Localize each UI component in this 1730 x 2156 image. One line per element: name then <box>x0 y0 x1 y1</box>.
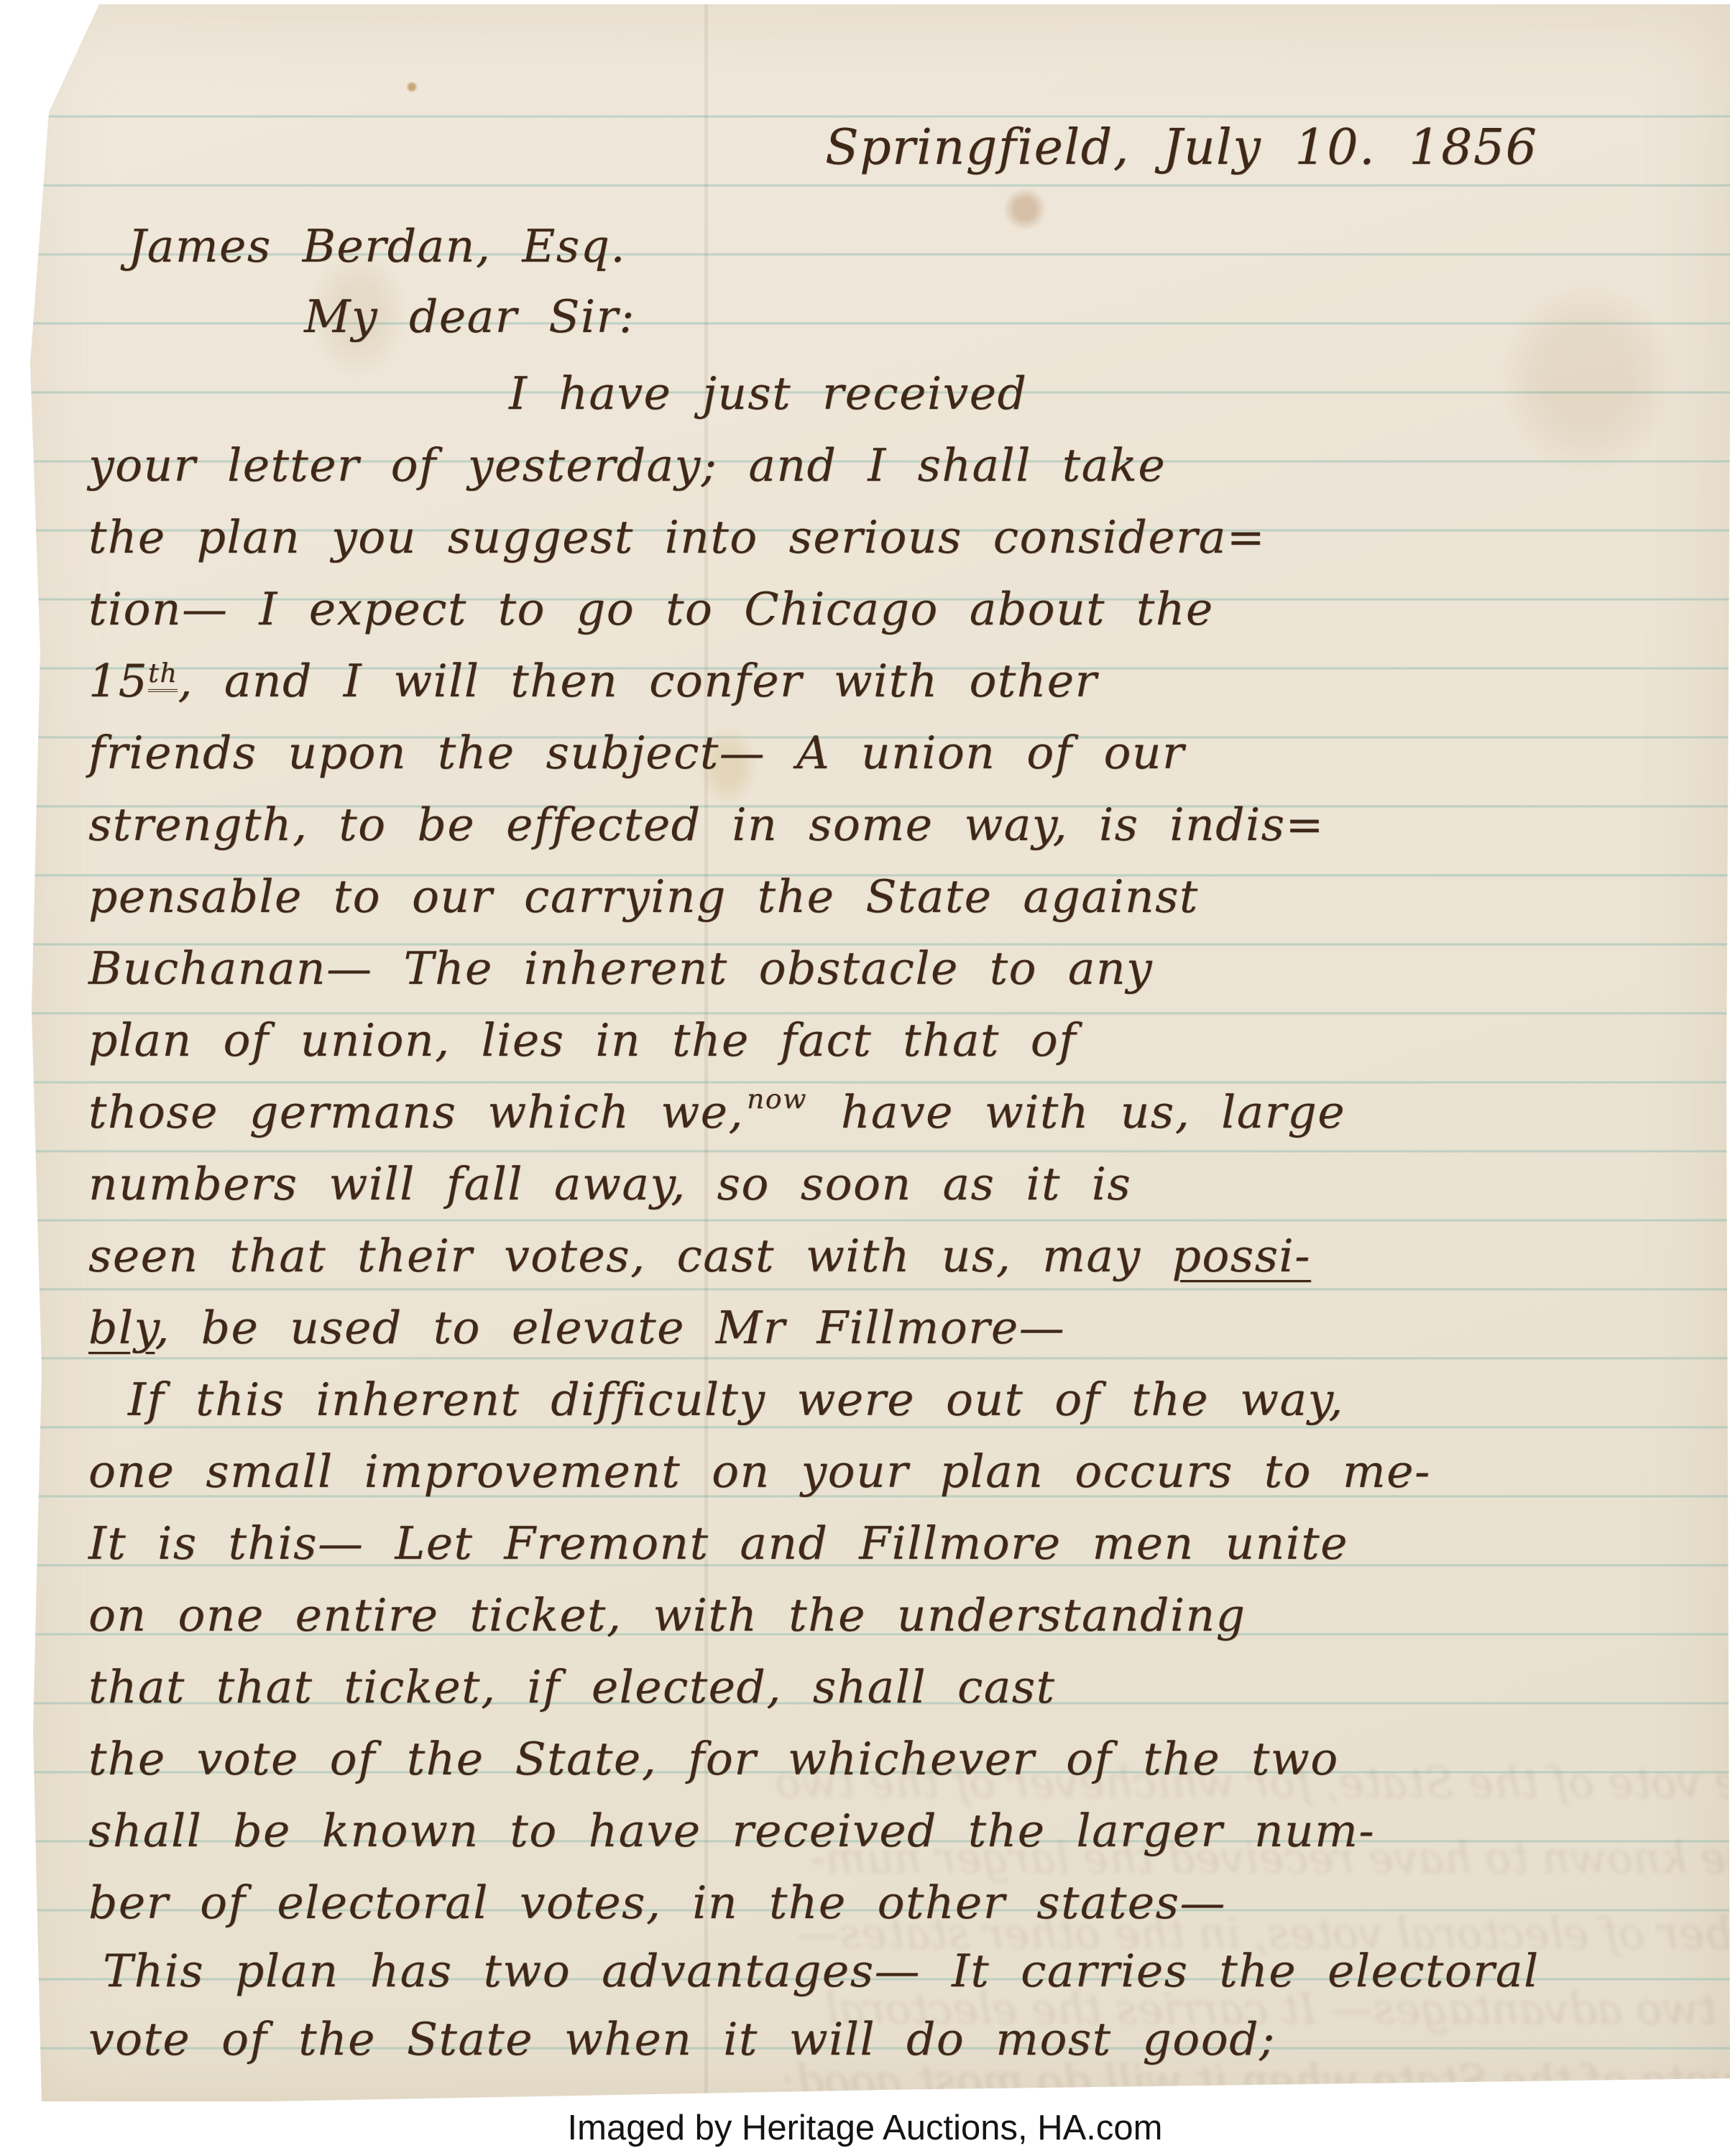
manuscript-line: ber of electoral votes, in the other sta… <box>88 1876 1226 1929</box>
superscript-segment: th <box>148 658 178 692</box>
manuscript-line: those germans which we,now have with us,… <box>88 1086 1345 1138</box>
text-segment: plan of union, lies in the fact that of <box>88 1014 1077 1067</box>
text-segment: seen that their votes, cast with us, may <box>88 1230 1172 1282</box>
text-segment: numbers will fall away, so soon as it is <box>88 1158 1131 1210</box>
text-segment: on one entire ticket, with the understan… <box>88 1589 1246 1641</box>
manuscript-line: plan of union, lies in the fact that of <box>88 1014 1077 1067</box>
text-segment: James Berdan, Esq. <box>128 220 626 272</box>
manuscript-line: I have just received <box>509 367 1027 420</box>
manuscript-line: strength, to be effected in some way, is… <box>88 798 1325 851</box>
manuscript-line: seen that their votes, cast with us, may… <box>88 1230 1311 1282</box>
text-segment: I have just received <box>509 367 1027 420</box>
text-segment: ber of electoral votes, in the other sta… <box>88 1876 1226 1929</box>
manuscript-line: It is this— Let Fremont and Fillmore men… <box>88 1517 1348 1570</box>
text-segment: one small improvement on your plan occur… <box>88 1445 1431 1498</box>
text-segment: those germans which we, <box>88 1086 744 1138</box>
manuscript-line: If this inherent difficulty were out of … <box>128 1373 1344 1426</box>
text-segment: strength, to be effected in some way, is… <box>88 798 1325 851</box>
text-segment: pensable to our carrying the State again… <box>88 870 1199 923</box>
underlined-segment: possi- <box>1172 1230 1311 1282</box>
text-segment: My dear Sir: <box>304 290 635 343</box>
text-segment: If this inherent difficulty were out of … <box>128 1373 1344 1426</box>
manuscript-line: tion— I expect to go to Chicago about th… <box>88 583 1214 635</box>
manuscript-line: vote of the State when it will do most g… <box>88 2013 1276 2065</box>
text-segment: that that ticket, if elected, shall cast <box>88 1661 1055 1713</box>
manuscript-line: the vote of the State, for whichever of … <box>88 1733 1339 1785</box>
text-segment: , be used to elevate Mr Fillmore— <box>155 1302 1065 1354</box>
manuscript-line: one small improvement on your plan occur… <box>88 1445 1431 1498</box>
letter-page: the vote of the State, for whichever of … <box>20 4 1730 2101</box>
manuscript-line: This plan has two advantages— It carries… <box>103 1945 1540 1997</box>
manuscript-line: pensable to our carrying the State again… <box>88 870 1199 923</box>
manuscript-line: that that ticket, if elected, shall cast <box>88 1661 1055 1713</box>
scan-canvas: the vote of the State, for whichever of … <box>0 0 1730 2156</box>
manuscript-line: your letter of yesterday; and I shall ta… <box>88 439 1166 492</box>
manuscript-line: Buchanan— The inherent obstacle to any <box>88 942 1153 995</box>
manuscript-line: My dear Sir: <box>304 290 635 343</box>
manuscript-line: shall be known to have received the larg… <box>88 1805 1375 1857</box>
manuscript-line: on one entire ticket, with the understan… <box>88 1589 1246 1641</box>
manuscript-line: bly, be used to elevate Mr Fillmore— <box>88 1302 1065 1354</box>
text-segment: This plan has two advantages— It carries… <box>103 1945 1540 1997</box>
manuscript-line: Springfield, July 10. 1856 <box>825 119 1537 176</box>
text-segment: have with us, large <box>810 1086 1345 1138</box>
underlined-segment: bly <box>88 1302 155 1354</box>
text-segment: your letter of yesterday; and I shall ta… <box>88 439 1166 492</box>
manuscript-line: numbers will fall away, so soon as it is <box>88 1158 1131 1210</box>
text-segment: friends upon the subject— A union of our <box>88 727 1185 779</box>
text-segment: , and I will then confer with other <box>178 655 1098 707</box>
text-segment: the plan you suggest into serious consid… <box>88 511 1266 563</box>
text-segment: Buchanan— The inherent obstacle to any <box>88 942 1153 995</box>
manuscript-line: the plan you suggest into serious consid… <box>88 511 1266 563</box>
text-segment: It is this— Let Fremont and Fillmore men… <box>88 1517 1348 1570</box>
manuscript-line: 15th, and I will then confer with other <box>88 655 1098 707</box>
text-segment: Springfield, July 10. 1856 <box>825 119 1537 176</box>
text-segment: the vote of the State, for whichever of … <box>88 1733 1339 1785</box>
manuscript-line: friends upon the subject— A union of our <box>88 727 1185 779</box>
ruled-lines <box>20 49 1730 2101</box>
inserted-word: now <box>747 1083 807 1115</box>
text-segment: shall be known to have received the larg… <box>88 1805 1375 1857</box>
text-segment: tion— I expect to go to Chicago about th… <box>88 583 1214 635</box>
credit-caption: Imaged by Heritage Auctions, HA.com <box>0 2103 1730 2156</box>
manuscript-line: James Berdan, Esq. <box>128 220 626 272</box>
text-segment: 15 <box>88 655 148 707</box>
text-segment: vote of the State when it will do most g… <box>88 2013 1276 2065</box>
